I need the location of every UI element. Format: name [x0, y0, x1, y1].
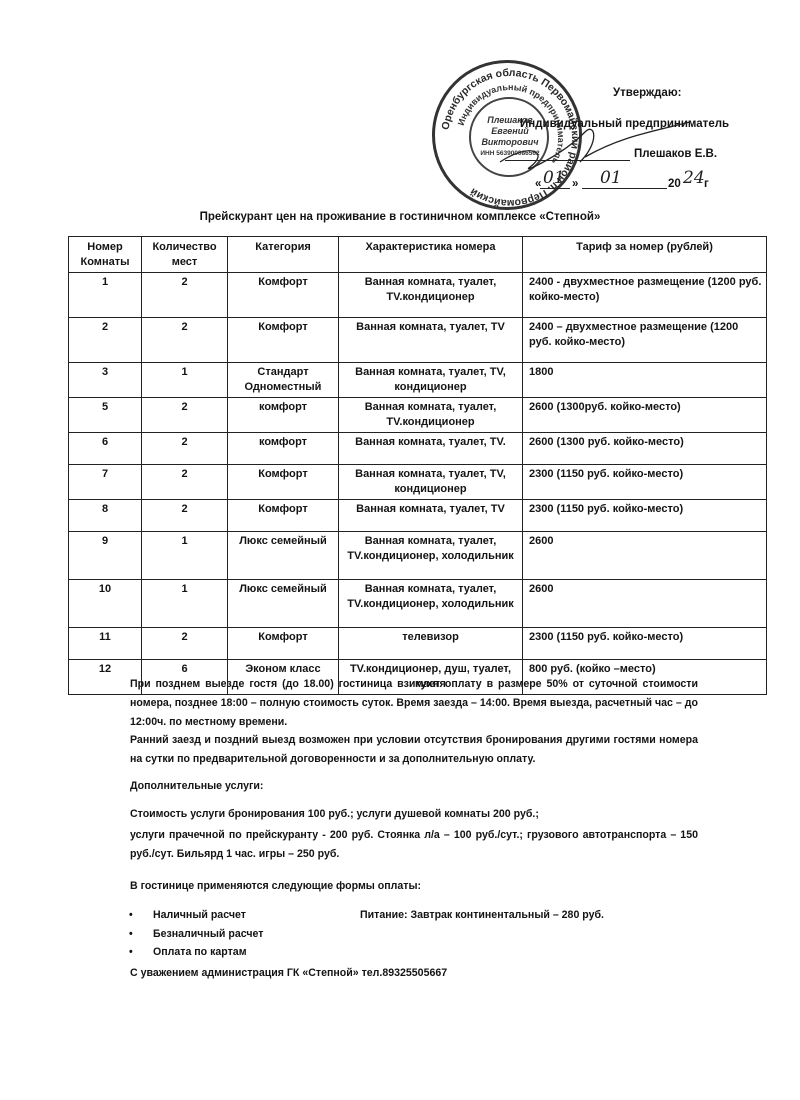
- cell-features: Ванная комната, туалет, TV.кондиционер, …: [339, 580, 523, 628]
- table-row: 52комфортВанная комната, туалет, TV.конд…: [69, 398, 767, 433]
- table-row: 31Стандарт ОдноместныйВанная комната, ту…: [69, 363, 767, 398]
- payment-method-cash: Наличный расчет: [153, 909, 246, 921]
- table-header-row: Номер КомнатыКоличество местКатегорияХар…: [69, 237, 767, 273]
- table-row: 82КомфортВанная комната, туалет, TV2300 …: [69, 500, 767, 532]
- date-day: 01: [543, 168, 565, 188]
- cell-features: Ванная комната, туалет, TV, кондиционер: [339, 363, 523, 398]
- cell-places: 2: [142, 398, 228, 433]
- cell-category: Комфорт: [228, 628, 339, 660]
- document-title: Прейскурант цен на проживание в гостинич…: [0, 211, 800, 223]
- cell-features: Ванная комната, туалет, TV.: [339, 433, 523, 465]
- stamp-inn: ИНН 563900086562: [475, 148, 545, 159]
- cell-places: 2: [142, 500, 228, 532]
- cell-category: Комфорт: [228, 465, 339, 500]
- column-header: Количество мест: [142, 237, 228, 273]
- early-checkin-note: Ранний заезд и поздний выезд возможен пр…: [130, 731, 698, 769]
- cell-places: 2: [142, 273, 228, 318]
- date-year-prefix: 20: [668, 178, 681, 190]
- date-month-line: [582, 188, 667, 189]
- approve-label: Утверждаю:: [613, 87, 681, 99]
- column-header: Тариф за номер (рублей): [523, 237, 767, 273]
- cell-places: 2: [142, 628, 228, 660]
- table-row: 62комфортВанная комната, туалет, TV.2600…: [69, 433, 767, 465]
- late-checkout-note: При позднем выезде гостя (до 18.00) гост…: [130, 675, 698, 732]
- table-body: 12КомфортВанная комната, туалет, TV.конд…: [69, 273, 767, 695]
- signer-name: Плешаков Е.В.: [634, 148, 717, 160]
- cell-tariff: 2300 (1150 руб. койко-место): [523, 465, 767, 500]
- cell-room: 1: [69, 273, 142, 318]
- payment-method-cashless: Безналичный расчет: [153, 928, 263, 940]
- services-line-1: Стоимость услуги бронирования 100 руб.; …: [130, 805, 698, 824]
- table-row: 12КомфортВанная комната, туалет, TV.конд…: [69, 273, 767, 318]
- stamp-center: Плешаков Евгений Викторович ИНН 56390008…: [475, 115, 545, 159]
- cell-features: Ванная комната, туалет, TV, кондиционер: [339, 465, 523, 500]
- extra-services-title: Дополнительные услуги:: [130, 777, 698, 796]
- cell-features: Ванная комната, туалет, TV.кондиционер: [339, 273, 523, 318]
- cell-features: Ванная комната, туалет, TV.кондиционер, …: [339, 532, 523, 580]
- cell-tariff: 2600: [523, 532, 767, 580]
- cell-category: комфорт: [228, 433, 339, 465]
- cell-tariff: 2600: [523, 580, 767, 628]
- services-line-2: услуги прачечной по прейскуранту - 200 р…: [130, 826, 698, 864]
- cell-category: Комфорт: [228, 318, 339, 363]
- table-row: 112Комфорттелевизор2300 (1150 руб. койко…: [69, 628, 767, 660]
- cell-places: 2: [142, 318, 228, 363]
- date-suffix: г: [704, 178, 709, 190]
- cell-tariff: 1800: [523, 363, 767, 398]
- cell-places: 2: [142, 465, 228, 500]
- cell-tariff: 2600 (1300 руб. койко-место): [523, 433, 767, 465]
- cell-room: 7: [69, 465, 142, 500]
- table-row: 72КомфортВанная комната, туалет, TV, кон…: [69, 465, 767, 500]
- cell-room: 2: [69, 318, 142, 363]
- cell-category: Комфорт: [228, 273, 339, 318]
- cell-category: Комфорт: [228, 500, 339, 532]
- cell-tariff: 2400 - двухместное размещение (1200 руб.…: [523, 273, 767, 318]
- cell-room: 3: [69, 363, 142, 398]
- cell-room: 5: [69, 398, 142, 433]
- stamp-name-2: Евгений: [475, 126, 545, 137]
- cell-places: 2: [142, 433, 228, 465]
- cell-places: 1: [142, 580, 228, 628]
- cell-tariff: 2400 – двухместное размещение (1200 руб.…: [523, 318, 767, 363]
- cell-room: 8: [69, 500, 142, 532]
- stamp-name-1: Плешаков: [475, 115, 545, 126]
- cell-room: 6: [69, 433, 142, 465]
- cell-tariff: 2600 (1300руб. койко-место): [523, 398, 767, 433]
- date-close-quote: »: [572, 178, 578, 190]
- table-row: 101Люкс семейныйВанная комната, туалет, …: [69, 580, 767, 628]
- meal-info: Питание: Завтрак континентальный – 280 р…: [360, 909, 604, 921]
- payment-method-cards: Оплата по картам: [153, 946, 247, 958]
- stamp-name-3: Викторович: [475, 137, 545, 148]
- table-row: 22КомфортВанная комната, туалет, TV2400 …: [69, 318, 767, 363]
- price-table: Номер КомнатыКоличество местКатегорияХар…: [68, 236, 767, 695]
- column-header: Категория: [228, 237, 339, 273]
- column-header: Характеристика номера: [339, 237, 523, 273]
- cell-places: 1: [142, 363, 228, 398]
- date-day-line: [540, 188, 570, 189]
- payment-title: В гостинице применяются следующие формы …: [130, 877, 698, 896]
- cell-category: Люкс семейный: [228, 580, 339, 628]
- cell-features: телевизор: [339, 628, 523, 660]
- cell-features: Ванная комната, туалет, TV.кондиционер: [339, 398, 523, 433]
- cell-category: комфорт: [228, 398, 339, 433]
- cell-category: Люкс семейный: [228, 532, 339, 580]
- date-year-suffix: 24: [683, 168, 705, 188]
- table-row: 91Люкс семейныйВанная комната, туалет, T…: [69, 532, 767, 580]
- column-header: Номер Комнаты: [69, 237, 142, 273]
- cell-room: 11: [69, 628, 142, 660]
- cell-category: Стандарт Одноместный: [228, 363, 339, 398]
- cell-room: 9: [69, 532, 142, 580]
- cell-places: 1: [142, 532, 228, 580]
- cell-tariff: 2300 (1150 руб. койко-место): [523, 628, 767, 660]
- cell-features: Ванная комната, туалет, TV: [339, 318, 523, 363]
- cell-features: Ванная комната, туалет, TV: [339, 500, 523, 532]
- cell-room: 10: [69, 580, 142, 628]
- cell-tariff: 2300 (1150 руб. койко-место): [523, 500, 767, 532]
- date-month: 01: [600, 168, 622, 188]
- closing-signature: С уважением администрация ГК «Степной» т…: [130, 964, 698, 983]
